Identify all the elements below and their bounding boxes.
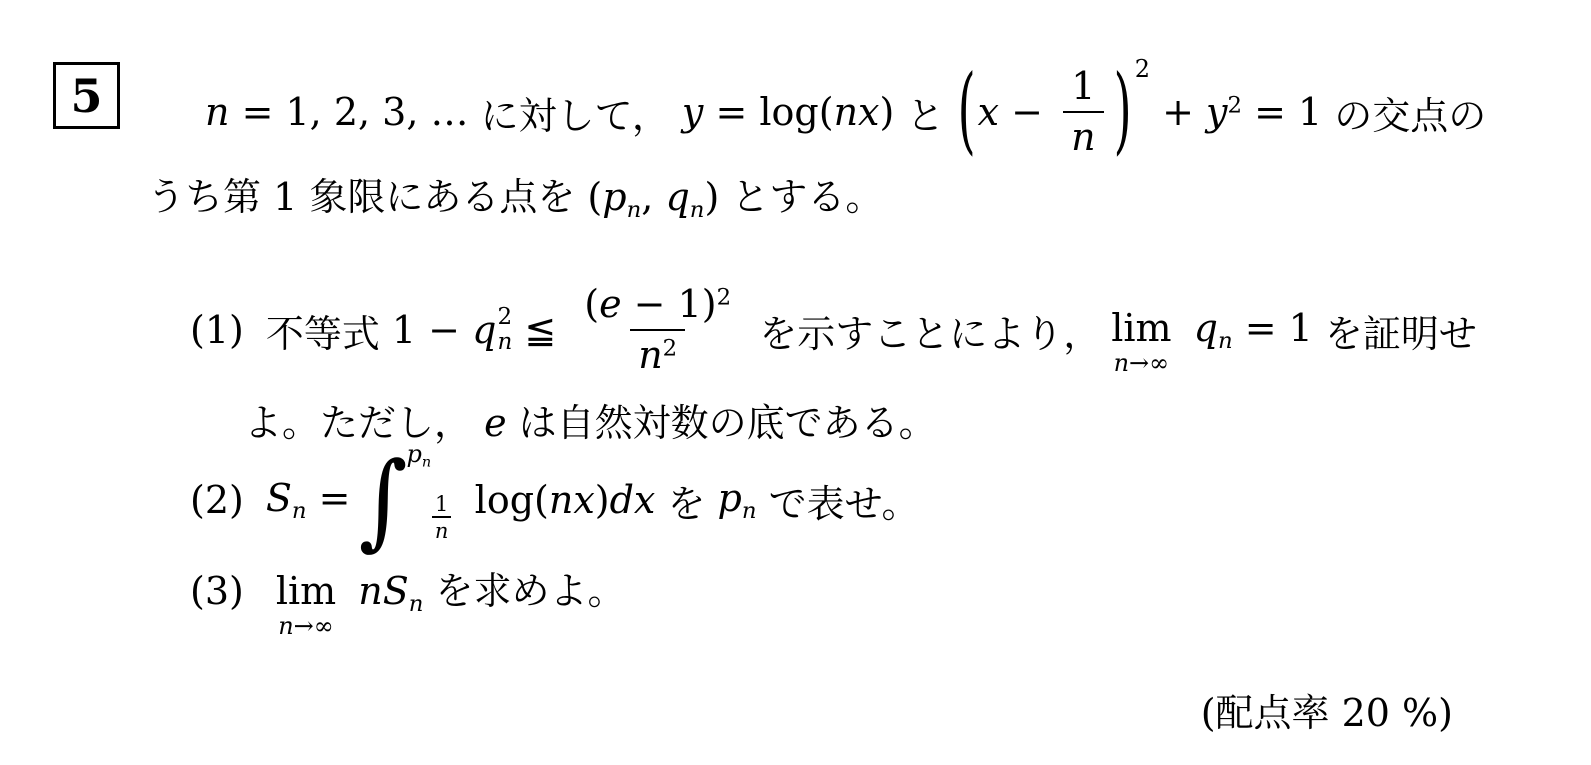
math-one-minus: 1 − [392,308,472,352]
limit-operator: lim n→∞ [1111,309,1171,376]
math-circle-equation-group: ( x − 1 n ) 2 [956,65,1150,159]
limit-operator: lim n→∞ [276,572,336,639]
intro-line-1: n = 1, 2, 3, … に対して， y = log(nx) と ( x −… [205,54,1486,170]
problem-number-box: 5 [53,62,120,129]
item-3-line: (3) lim n→∞ nSn を求めよ。 [190,560,626,639]
text-natural-log-base: は自然対数の底である。 [507,392,937,447]
lim-word: lim [1111,309,1171,349]
text-first-quadrant: うち第 1 象限にある点を [147,166,587,221]
small-fraction-1-over-n: 1 n [432,493,452,542]
math-point-pn-qn: (pn, qn) [587,175,719,223]
math-x-minus: x − [978,90,1055,134]
item-1-label: (1) [190,308,244,352]
text-futoushiki: 不等式 [266,303,392,358]
fraction-denominator: n2 [630,329,685,378]
item-1-line-1: (1) 不等式 1 − q 2 n ≦ (e − 1)2 n2 を示すことにより… [190,272,1477,388]
fraction-denominator: n [1063,111,1103,160]
score-note: (配点率 20 %) [1201,682,1453,737]
fraction-numerator: 1 [1063,65,1103,111]
math-e-variable: e [484,401,507,445]
small-fraction-denominator: n [432,516,452,542]
integral-lower-limit: 1 n [378,468,451,566]
text-wo: を [655,473,717,528]
exam-document: 5 n = 1, 2, 3, … に対して， y = log(nx) と ( x… [0,0,1591,765]
text-to: と [894,85,956,140]
big-close-paren: ) [1113,65,1131,160]
small-fraction-numerator: 1 [432,493,451,516]
item-1-line-2: よ。ただし， e は自然対数の底である。 [244,392,937,447]
text-motomeyo: を求めよ。 [423,560,625,615]
fraction-numerator: (e − 1)2 [576,283,739,329]
problem-number: 5 [70,73,102,119]
math-plus-y-squared: + y2 = 1 [1150,90,1322,134]
paren-exponent: 2 [1135,55,1150,83]
fraction-e-minus-1-squared: (e − 1)2 n2 [576,283,739,377]
math-n-sequence: n = 1, 2, 3, … [205,90,469,134]
text-tosuru: とする。 [719,166,883,221]
text-shoumei: を証明せ [1313,303,1477,358]
lim-subscript: n→∞ [1114,351,1170,376]
fraction-1-over-n: 1 n [1063,65,1103,159]
leq-symbol: ≦ [512,308,568,352]
q-subscript: n [497,330,512,355]
item-2-line: (2) Sn = ∫ pn 1 n log(nx)dx を pn で表せ。 [190,442,920,558]
math-q-variable: q [472,308,496,352]
math-sn-equals: Sn = [266,476,351,524]
math-n-sn: nSn [346,569,423,617]
text-nitaishite: に対して， [469,85,682,140]
text-kouten: の交点の [1322,85,1486,140]
math-integrand-log-nx-dx: log(nx)dx [475,478,656,522]
big-open-paren: ( [958,65,976,160]
intro-line-2: うち第 1 象限にある点を (pn, qn) とする。 [147,166,883,223]
integral-upper-limit: pn [406,440,431,470]
text-de-arawase: で表せ。 [757,473,920,528]
math-y-equals-log-nx: y = log(nx) [682,90,894,134]
math-q-sup-sub-stack: 2 n [497,305,512,356]
integral-group: ∫ pn 1 n [350,442,474,558]
q-superscript: 2 [497,305,512,330]
lim-word: lim [276,572,336,612]
item-3-label: (3) [190,569,244,613]
math-pn: pn [718,476,757,524]
text-shimesu: を示すことにより， [747,303,1101,358]
item-2-label: (2) [190,478,244,522]
lim-subscript: n→∞ [278,614,334,639]
math-qn-equals-1: qn = 1 [1182,306,1313,354]
